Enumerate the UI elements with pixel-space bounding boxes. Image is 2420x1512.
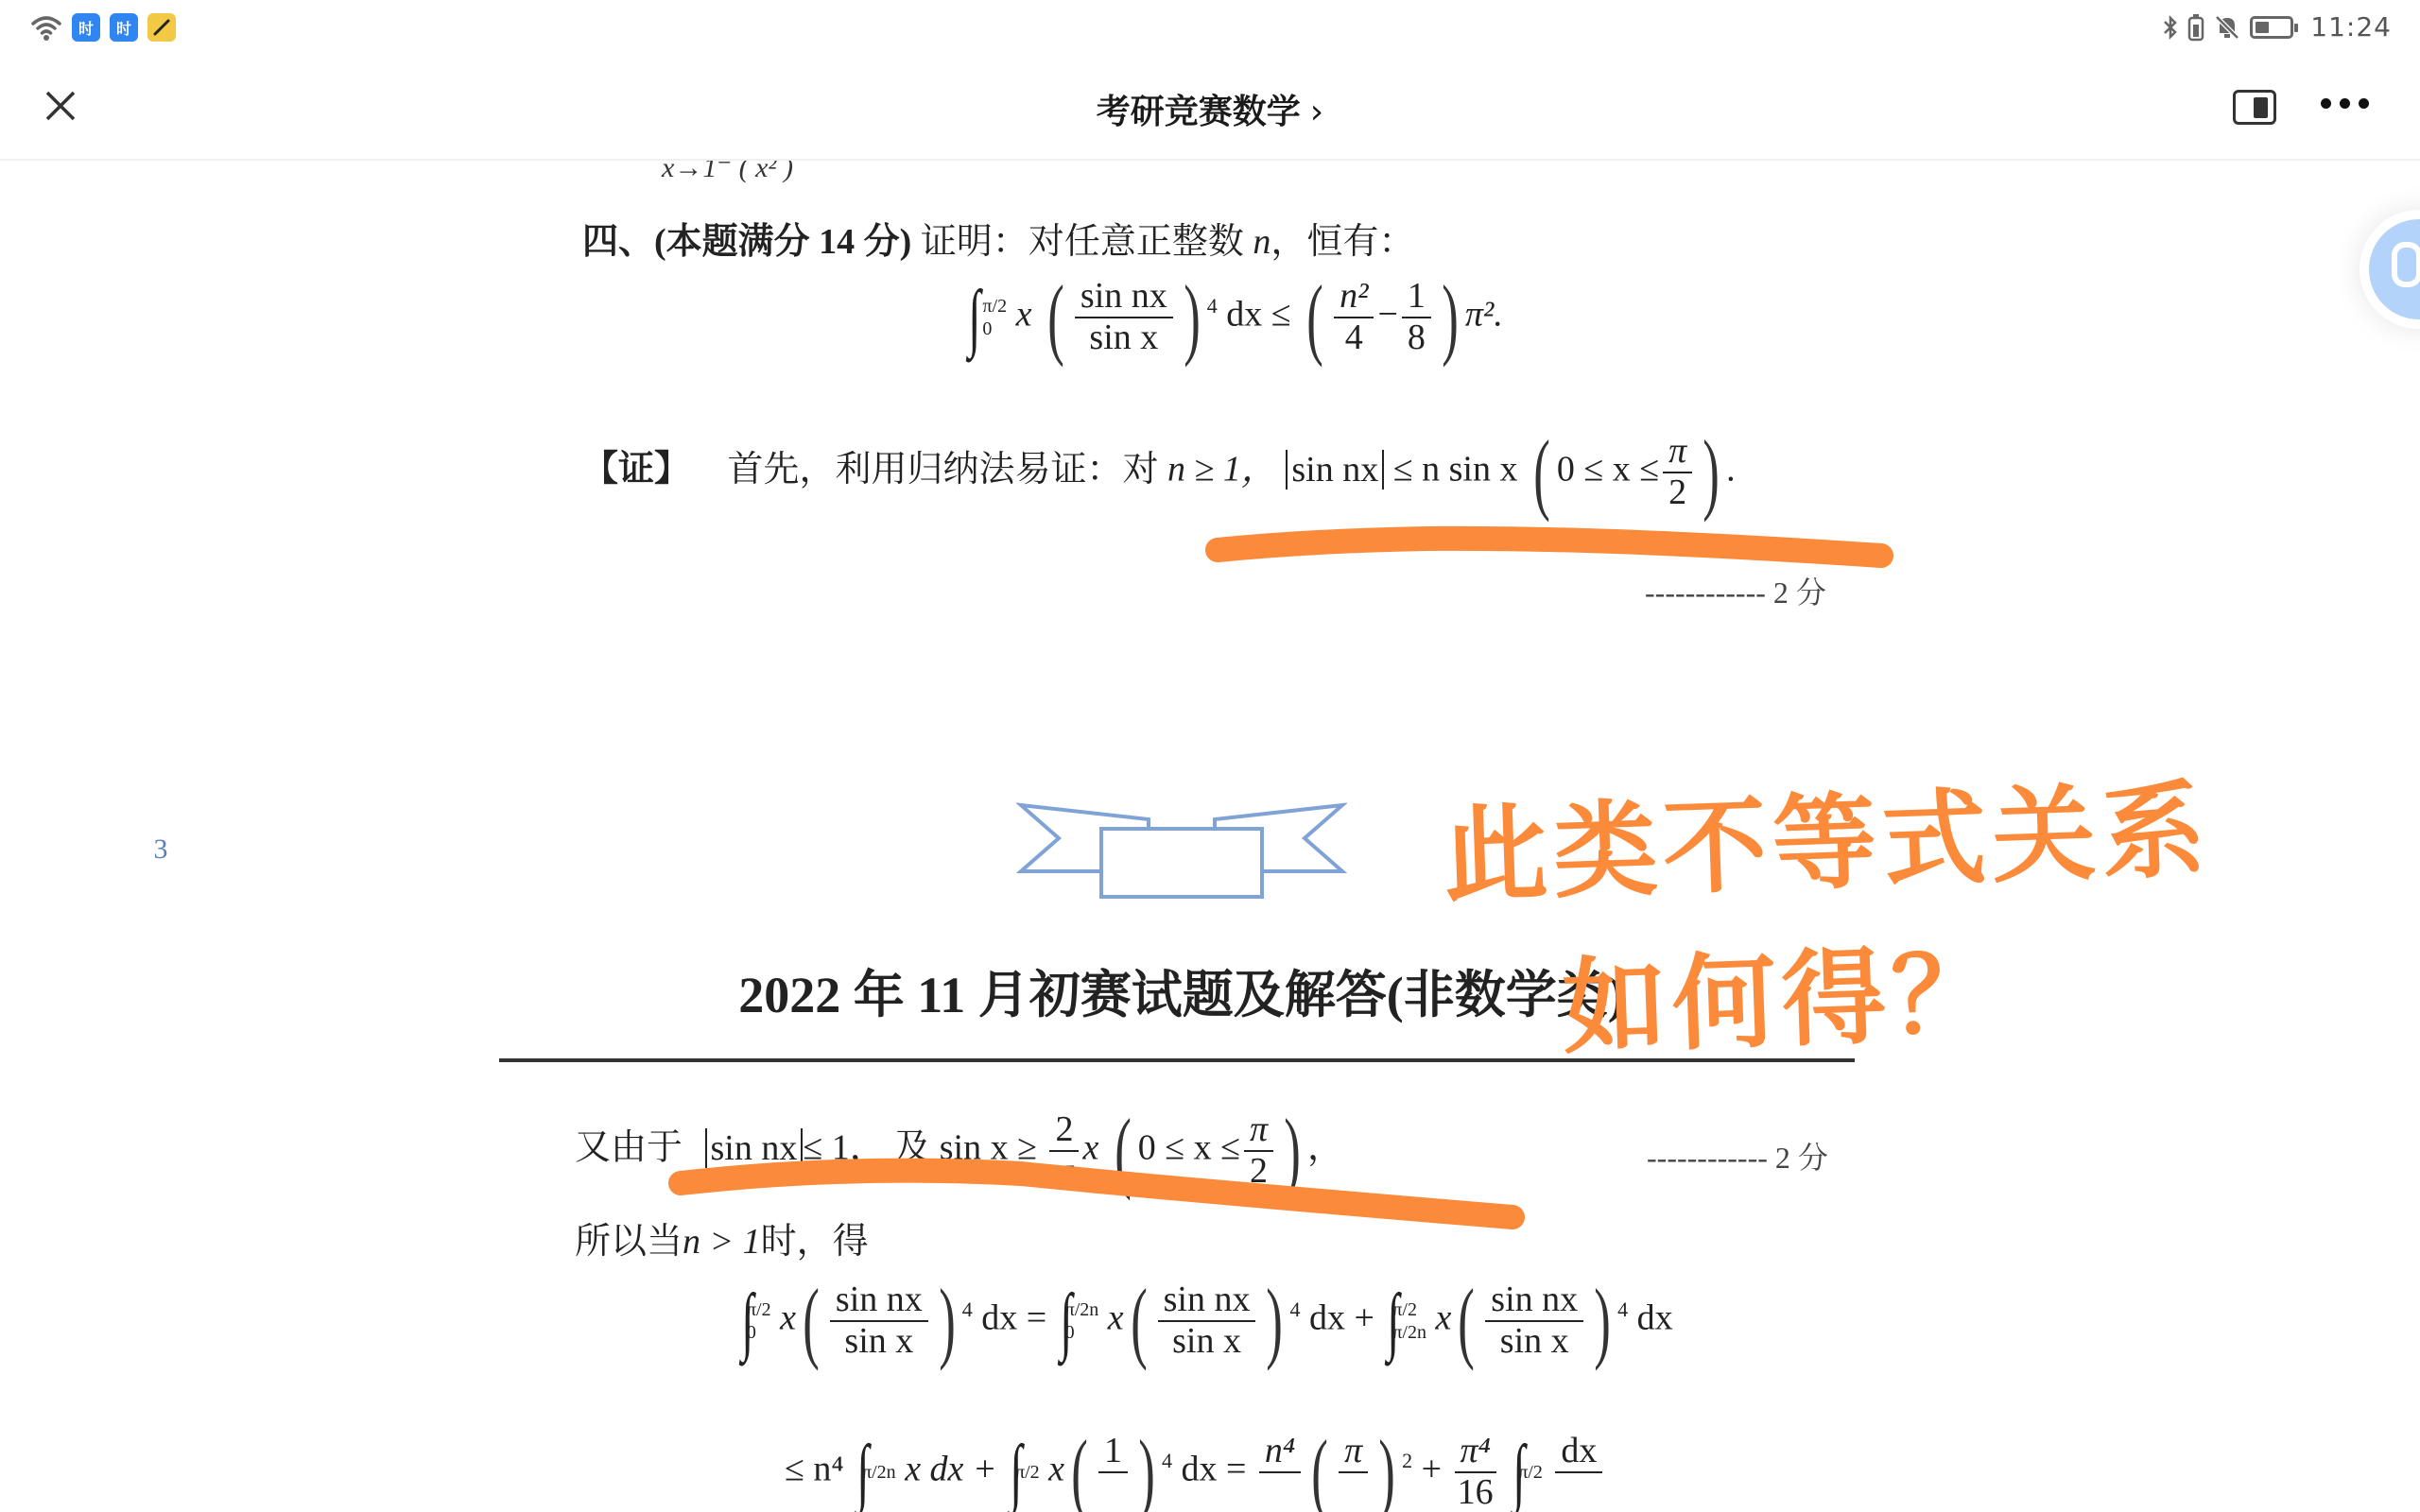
clock-icon [2392,242,2420,287]
top-nav-bar: 考研竞赛数学› [0,57,2420,161]
vibrate-icon [2187,13,2204,42]
split-view-icon [2254,97,2268,118]
integral-sign: ∫ [968,275,980,361]
minus: − [1377,295,1397,335]
var-x: x [780,1298,796,1338]
paren-open: ( [1459,1276,1476,1366]
mute-bell-icon [2214,14,2240,41]
paren-open: ( [1047,272,1064,363]
paren-open: ( [1311,1427,1328,1512]
fraction: π⁴16 [1455,1432,1496,1512]
more-icon-dot [2359,98,2369,109]
more-icon [2321,98,2331,109]
dx-leq: dx ≤ [1226,295,1290,335]
var-n: n [1253,222,1270,262]
problem-4-text: 证明：对任意正整数 [921,222,1244,262]
paren-close: ) [1184,272,1201,363]
app-notification-icon: 时 [110,13,138,42]
annotation-underline-2 [662,1153,1531,1238]
fraction: sin nxsin x [1158,1280,1256,1362]
integral-sign: ∫ [1010,1430,1022,1512]
leq-n4: ≤ n⁴ [785,1450,844,1489]
document-title-button[interactable]: 考研竞赛数学› [0,85,2420,133]
proof-condition: n ≥ 1， [1167,450,1277,490]
bluetooth-icon [2163,14,2178,41]
paren-close: ) [1703,427,1720,518]
problem-4-formula: ∫ π/20 x (sin nxsin x)4 dx ≤ (n²4−18)π². [964,272,1503,363]
problem-4-statement: 四、(本题满分 14 分) 证明：对任意正整数 n，恒有： [582,212,1414,264]
pen-app-icon [147,13,176,42]
exponent: 4 [1162,1449,1172,1472]
dx: dx [1637,1298,1673,1338]
proof-step-1: 【证】 首先，利用归纳法易证：对 n ≥ 1， sin nx ≤ n sin x… [582,427,1736,518]
plus: + [1422,1450,1442,1489]
app-notification-icon: 时 [72,13,100,42]
fraction: 1 [1098,1432,1128,1512]
battery-icon [2250,16,2293,39]
pi-squared: π². [1465,295,1503,335]
clock-time: 11:24 [2310,11,2392,43]
paren-open: ( [1533,427,1550,518]
equation-bound: ≤ n⁴ ∫π/2n x dx + ∫π/2 x(1 )4 dx = n⁴ (π… [785,1427,1606,1512]
dx-equals: dx = [1181,1450,1246,1489]
integral-sign: ∫ [1388,1279,1400,1365]
paren-open: ( [1071,1427,1088,1512]
paren-open: ( [803,1276,820,1366]
exponent: 4 [1289,1297,1300,1321]
fraction: n⁴ [1259,1432,1301,1512]
xdx-plus: x dx + [905,1450,996,1489]
paren-close: ) [939,1276,956,1366]
fraction: sin nxsin x [830,1280,928,1362]
proof-text: 首先，利用归纳法易证：对 [728,450,1159,490]
var-x: x [1048,1450,1064,1489]
status-bar: 时 时 11:24 [0,0,2420,57]
paren-close: ) [1442,272,1459,363]
document-viewer[interactable]: x→1⁻ ( x² ) 四、(本题满分 14 分) 证明：对任意正整数 n，恒有… [0,161,2420,1512]
handwritten-annotation: 此类不等式关系 如何得？ [1441,752,2219,1091]
integral-sign: ∫ [856,1430,869,1512]
exponent: 4 [962,1297,973,1321]
var-x: x [1435,1298,1451,1338]
handwritten-line-1: 此类不等式关系 [1442,769,2213,917]
fraction: dx [1555,1432,1602,1512]
paren-close: ) [1594,1276,1611,1366]
exponent: 4 [1207,294,1218,318]
range-prefix: 0 ≤ x ≤ [1557,450,1659,490]
fraction: π2 [1663,432,1692,513]
var-x: x [1108,1298,1124,1338]
floating-button-circle [2369,219,2420,319]
integral-limits: π/20 [982,295,1007,340]
equation-split-integral: ∫π/20 x(sin nxsin x)4 dx = ∫π/2n0 x(sin … [737,1276,1673,1366]
paren-close: ) [1378,1427,1395,1512]
abs-sin-nx: sin nx [1286,450,1384,490]
paren-open: ( [1306,272,1323,363]
chevron-right-icon: › [1310,93,1323,131]
exponent: 4 [1617,1297,1628,1321]
fraction: sin nxsin x [1075,277,1173,358]
fraction: π [1339,1432,1368,1512]
document-title: 考研竞赛数学 [1097,93,1301,131]
problem-4-suffix: ，恒有： [1270,222,1414,262]
previous-formula-fragment: x→1⁻ ( x² ) [662,161,793,184]
problem-4-heading: 四、(本题满分 14 分) [582,222,911,262]
integral-sign: ∫ [741,1279,753,1365]
annotation-underline-1 [1201,520,1900,586]
fraction: n²4 [1334,277,1374,358]
exponent: 2 [1402,1449,1412,1472]
wifi-icon [30,13,62,42]
score-marker: ------------ 2 分 [1647,1134,1828,1177]
fraction: sin nxsin x [1485,1280,1583,1362]
more-icon-dot [2340,98,2350,109]
more-options-button[interactable] [2321,98,2369,109]
paren-open: ( [1131,1276,1148,1366]
status-bar-right: 11:24 [2163,11,2392,43]
proof-inequality: ≤ n sin x [1393,450,1518,490]
paren-close: ) [1138,1427,1155,1512]
dx-equals: dx = [981,1298,1046,1338]
proof-label: 【证】 [582,450,690,490]
dx-plus: dx + [1309,1298,1374,1338]
integral-sign: ∫ [1513,1430,1526,1512]
fraction: 18 [1402,277,1431,358]
status-bar-left: 时 时 [30,13,176,42]
handwritten-line-2: 如何得？ [1446,908,2219,1091]
page-number: 3 [0,833,1342,866]
integral-sign: ∫ [1060,1279,1072,1365]
integrand-x: x [1016,295,1032,335]
period: . [1726,450,1736,490]
paren-close: ) [1267,1276,1284,1366]
split-view-button[interactable] [2233,90,2276,125]
